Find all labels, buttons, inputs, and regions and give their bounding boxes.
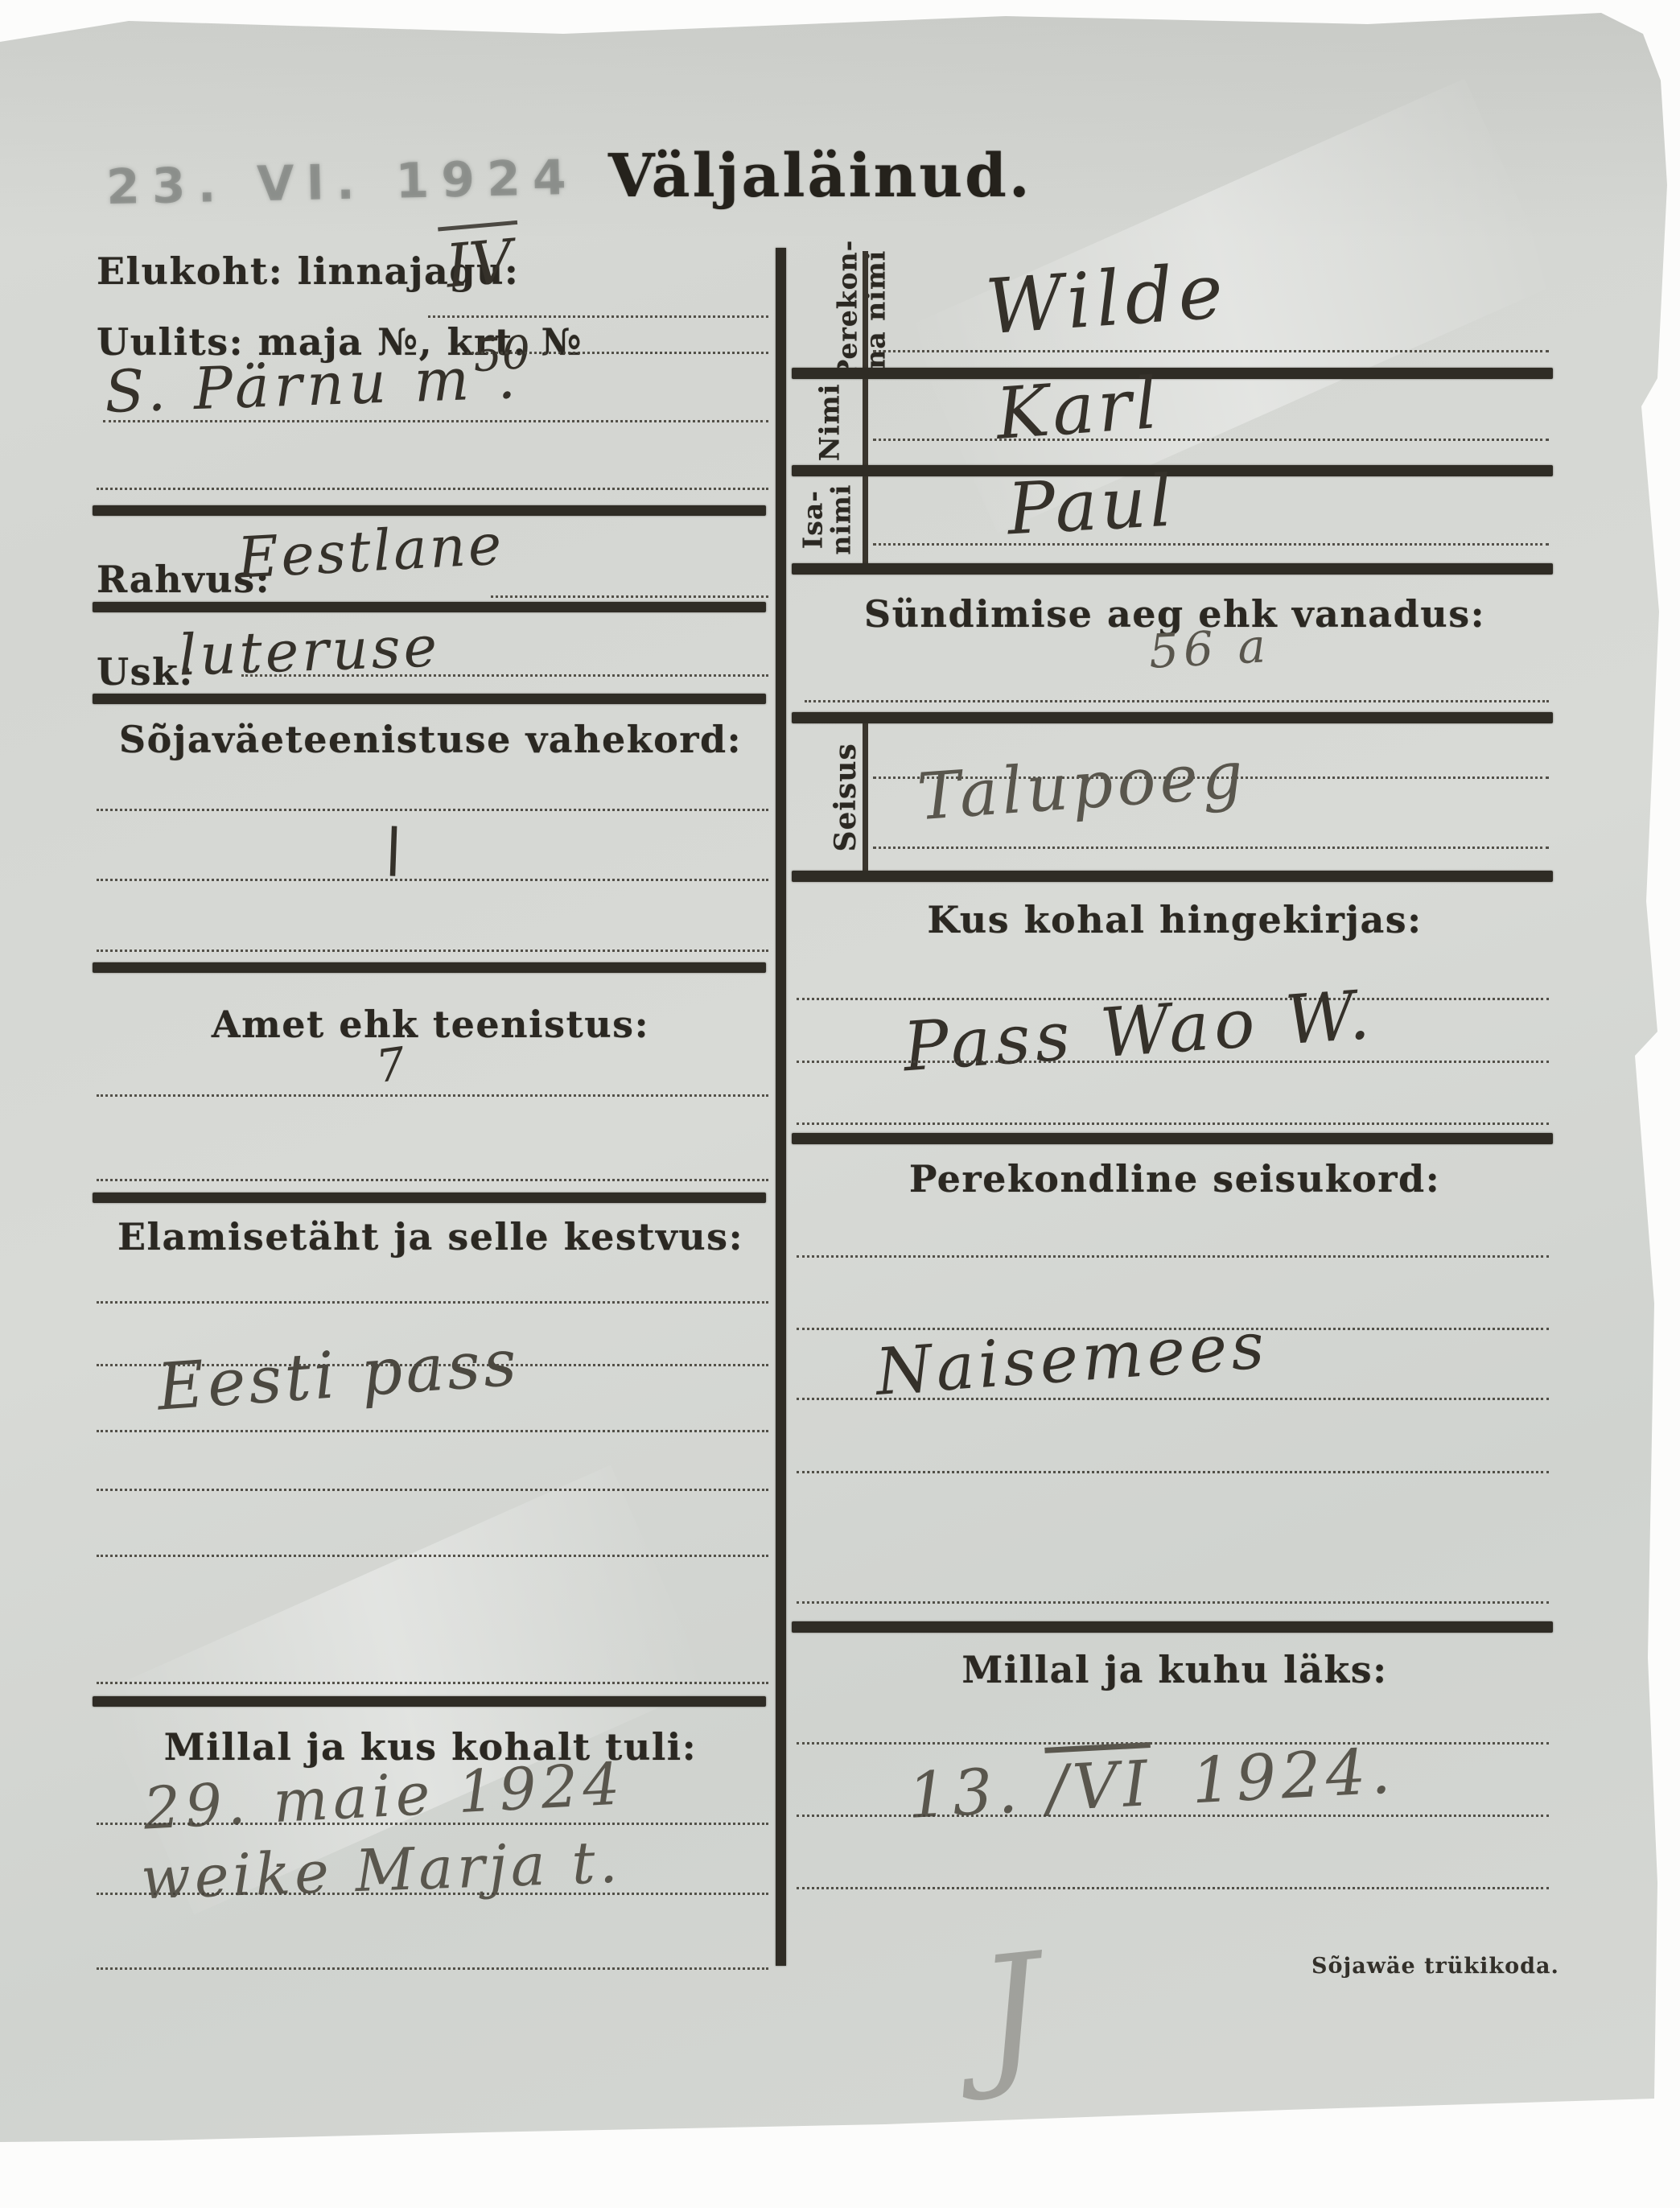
residence-permit-label: Elamisetäht ja selle kestvus:: [93, 1215, 768, 1258]
rule-line: [792, 1621, 1553, 1633]
family-status-label: Perekondline seisukord:: [797, 1157, 1553, 1201]
dotted-line: [797, 1398, 1549, 1400]
printer-imprint: Sõjawäe trükikoda.: [1311, 1954, 1559, 1979]
family-status-value: Naisemees: [873, 1308, 1270, 1410]
dotted-line: [97, 488, 768, 490]
first-name-label-text: Nimi: [817, 383, 846, 461]
father-name-label: Isa- nimi: [792, 476, 863, 563]
dotted-line: [97, 1301, 768, 1304]
dotted-line: [797, 1471, 1549, 1473]
birth-value: 56 a: [1147, 618, 1271, 679]
rule-line: [93, 694, 766, 704]
dotted-line: [873, 439, 1549, 441]
residence-permit-value: Eesti pass: [154, 1324, 521, 1424]
dotted-line: [97, 1489, 768, 1491]
dotted-line: [97, 1179, 768, 1181]
sub-divider: [863, 251, 868, 368]
document-paper: 23. VI. 1924 Väljaläinud. Elukoht: linna…: [0, 0, 1680, 2208]
dotted-line: [873, 847, 1549, 849]
dotted-line: [97, 1430, 768, 1432]
dotted-line: [97, 1094, 768, 1097]
dotted-line: [797, 1887, 1549, 1889]
rule-line: [93, 602, 766, 612]
surname-label-line1: Perekon-: [831, 240, 863, 380]
page-title: Väljaläinud.: [608, 142, 1032, 211]
sub-divider: [863, 723, 868, 871]
dotted-line: [873, 543, 1549, 546]
rule-line: [792, 368, 1553, 379]
rule-line: [93, 1696, 766, 1707]
dotted-line: [797, 1742, 1549, 1745]
sub-divider: [863, 476, 868, 563]
father-name-label-line1: Isa-: [797, 490, 828, 549]
arrival-value-line2: weike Marja t.: [140, 1828, 623, 1913]
stray-pencil-mark: J: [971, 1921, 1051, 2104]
rule-line: [93, 505, 766, 516]
dotted-line: [97, 1823, 768, 1825]
military-service-value: |: [384, 818, 404, 877]
status-label-text: Seisus: [831, 743, 862, 851]
dotted-line: [797, 1601, 1549, 1604]
scanned-registration-card: { "page": { "stamp_date": "23. VI. 1924"…: [0, 0, 1680, 2208]
dotted-line: [428, 315, 768, 318]
residence-value: IV: [438, 220, 523, 302]
dotted-line: [491, 595, 768, 598]
dotted-line: [241, 674, 768, 677]
column-divider: [776, 248, 786, 1966]
rule-line: [792, 563, 1553, 575]
dotted-line: [97, 1555, 768, 1557]
dotted-line: [97, 879, 768, 881]
status-value: Talupoeg: [915, 737, 1249, 834]
dotted-line: [797, 1061, 1549, 1063]
dotted-line: [797, 1255, 1549, 1258]
father-name-value: Paul: [1005, 459, 1177, 551]
rule-line: [792, 1133, 1553, 1144]
dotted-line: [97, 809, 768, 811]
status-label: Seisus: [792, 723, 863, 871]
departure-value: 13. /VI 1924.: [906, 1735, 1397, 1833]
religion-value: luteruse: [178, 613, 442, 688]
departure-year: 1924.: [1190, 1735, 1398, 1818]
street-value: S. Pärnu m .: [104, 344, 521, 426]
dotted-line: [805, 700, 1549, 702]
dotted-line: [797, 1123, 1549, 1125]
departure-label: Millal ja kuhu läks:: [797, 1648, 1553, 1691]
dotted-line: [103, 420, 768, 422]
dotted-line: [97, 950, 768, 952]
dotted-line: [97, 1682, 768, 1684]
dotted-line: [97, 1967, 768, 1970]
occupation-label: Amet ehk teenistus:: [93, 1003, 768, 1046]
registry-value: Pass Wao W.: [900, 975, 1377, 1087]
rule-line: [93, 1193, 766, 1203]
dotted-line: [97, 1893, 768, 1895]
surname-label: Perekon- na nimi: [792, 251, 863, 368]
dotted-line: [797, 1815, 1549, 1817]
rule-line: [792, 712, 1553, 723]
surname-value: Wilde: [983, 248, 1231, 352]
nationality-value: Eestlane: [236, 511, 505, 591]
father-name-label-line2: nimi: [825, 484, 856, 555]
sub-divider: [863, 379, 868, 465]
date-stamp: 23. VI. 1924: [105, 150, 579, 216]
rule-line: [792, 871, 1553, 882]
military-service-label: Sõjaväeteenistuse vahekord:: [93, 718, 768, 761]
rule-line: [93, 962, 766, 973]
first-name-value: Karl: [994, 361, 1163, 455]
occupation-value: 7: [373, 1038, 409, 1094]
residence-roman-numeral: IV: [438, 220, 523, 302]
registry-label: Kus kohal hingekirjas:: [797, 898, 1553, 941]
first-name-label: Nimi: [792, 379, 863, 465]
departure-day: 13.: [906, 1754, 1024, 1832]
dotted-line: [873, 350, 1549, 352]
